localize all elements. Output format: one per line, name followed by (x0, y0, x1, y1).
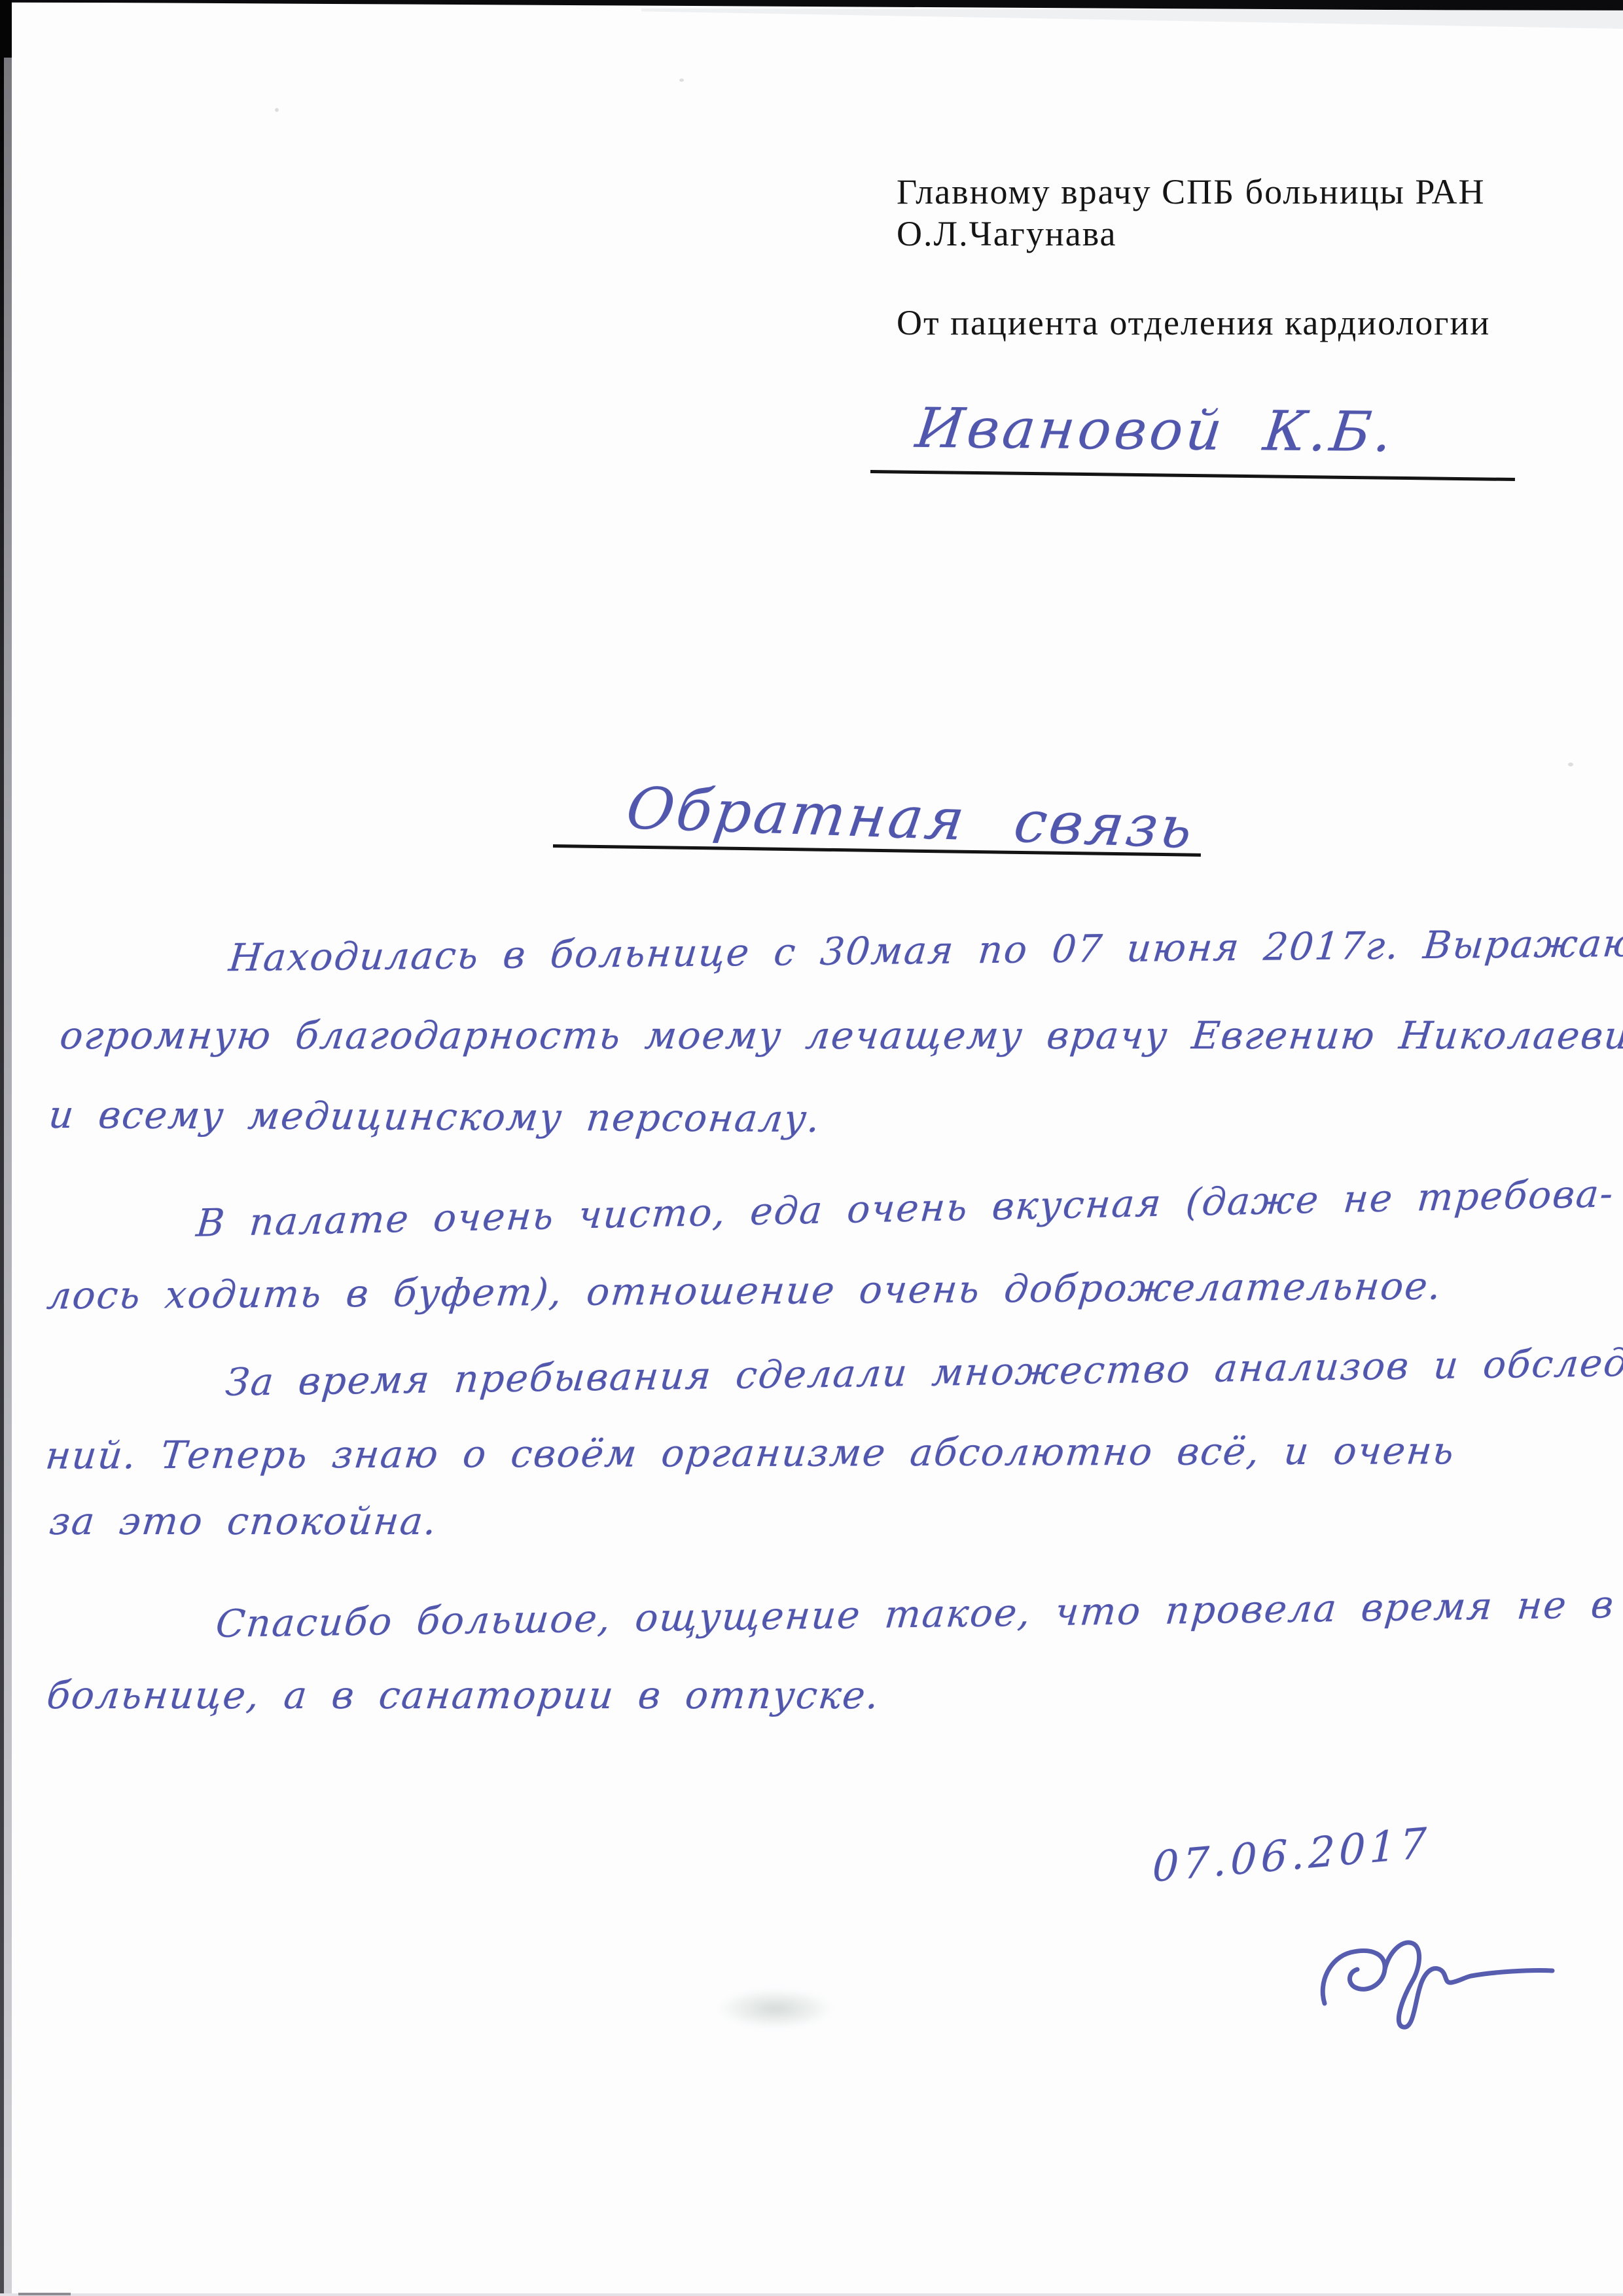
body-line: за это спокойна. (47, 1499, 440, 1543)
letter-date: 07.06.2017 (1152, 1819, 1431, 1892)
body-line: В палате очень чисто, еда очень вкусная … (194, 1171, 1616, 1246)
scan-left-shadow (4, 46, 12, 2296)
paper-speck (679, 79, 684, 82)
body-line: лось ходить в буфет), отношение очень до… (45, 1264, 1444, 1318)
paper-smudge (717, 1988, 834, 2029)
paper-speck (1568, 762, 1573, 766)
scan-bottom-tick (18, 2293, 71, 2295)
body-line: огромную благодарность моему лечащему вр… (58, 1013, 1623, 1058)
handwritten-signature (1315, 1914, 1564, 2039)
scanned-letter-page: { "document": { "header": { "recipient_l… (0, 0, 1623, 2296)
body-line: Спасибо большое, ощущение такое, что про… (214, 1582, 1616, 1646)
body-line: и всему медицинскому персоналу. (46, 1092, 823, 1141)
scan-corner-artifact (0, 0, 12, 58)
recipient-line-2: О.Л.Чагунава (897, 213, 1116, 254)
recipient-line-1: Главному врачу СПБ больницы РАН (897, 171, 1486, 212)
scan-bottom-edge-artifact (0, 2293, 1623, 2296)
sender-line: От пациента отделения кардиологии (897, 302, 1490, 343)
body-line: больнице, а в санатории в отпуске. (45, 1673, 882, 1717)
paper-speck (275, 108, 279, 112)
name-underline (870, 470, 1515, 481)
body-line: За время пребывания сделали множество ан… (224, 1339, 1623, 1405)
body-line: Находилась в больнице с 30мая по 07 июня… (227, 921, 1623, 980)
body-line: ний. Теперь знаю о своём организме абсол… (44, 1428, 1457, 1478)
patient-name-handwritten: Ивановой К.Б. (912, 396, 1399, 464)
